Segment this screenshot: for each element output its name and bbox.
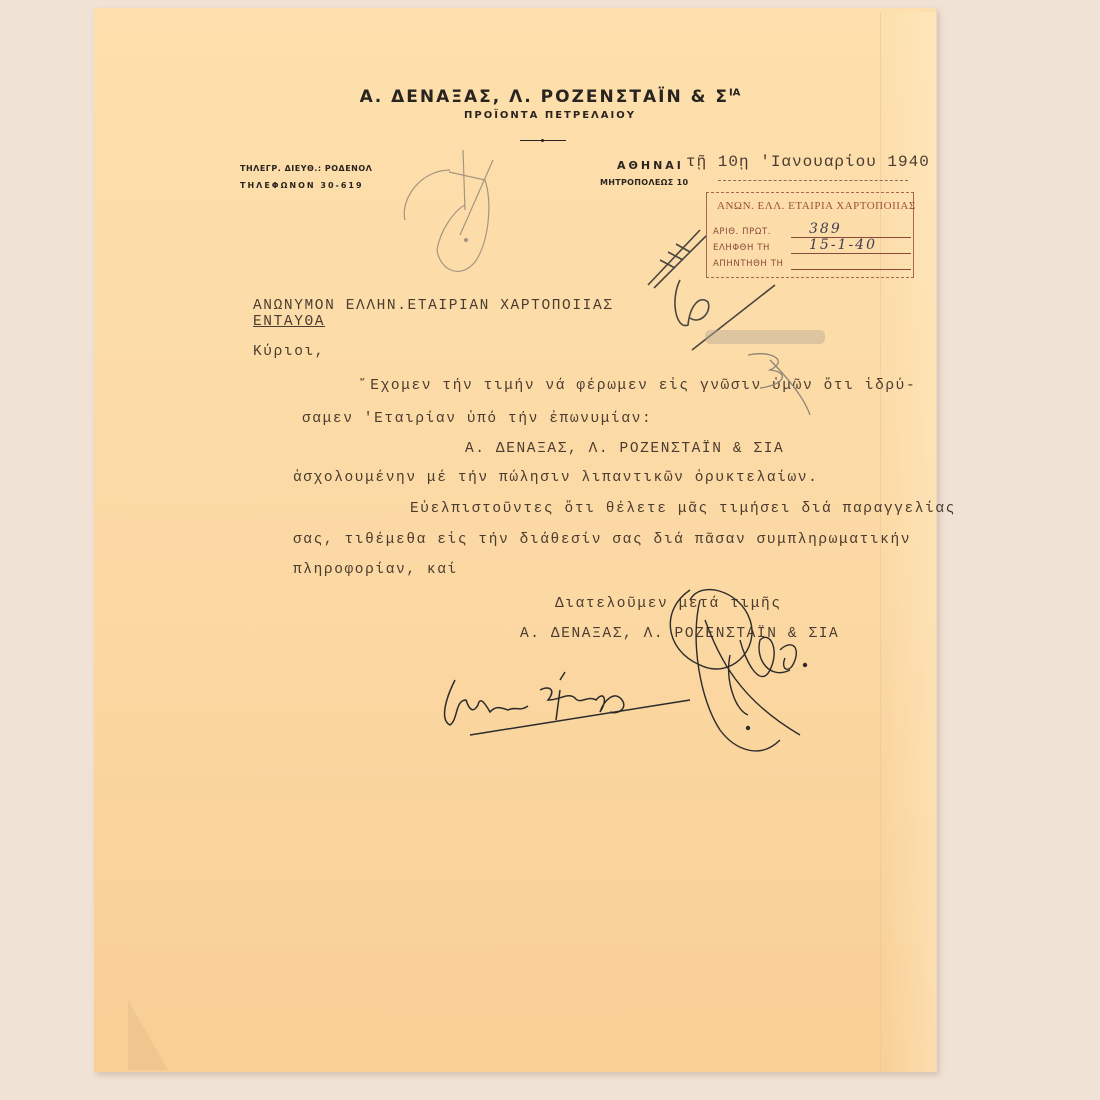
letterhead-subtitle: ΠΡΟΪΟΝΤΑ ΠΕΤΡΕΛΑΙΟΥ xyxy=(0,110,1100,121)
recipient-name: ΑΝΩΝΥΜΟΝ ΕΛΛΗΝ.ΕΤΑΙΡΙΑΝ ΧΑΡΤΟΠΟΙΙΑΣ xyxy=(253,298,614,314)
paper-crease xyxy=(128,1000,168,1070)
body-paragraph-2-line-3: πληροφορίαν, καί xyxy=(293,562,458,578)
body-paragraph-1-line-1: ῎Εχομεν τήν τιμήν νά φέρωμεν εἰς γνῶσιν … xyxy=(360,378,916,394)
stamp-row-label: ΑΠΗΝΤΗΘΗ ΤΗ xyxy=(713,259,784,269)
body-firm-name: Α. ΔΕΝΑΞΑΣ, Λ. ΡΟΖΕΝΣΤΑΪΝ & ΣΙΑ xyxy=(465,441,784,457)
stamp-row-received-date: ΕΛΗΦΘΗ ΤΗ 15-1-40 xyxy=(713,243,770,253)
telegraph-address: ΤΗΛΕΓΡ. ΔΙΕΥΘ.: ΡΟΔΕΝΟΛ xyxy=(240,164,372,173)
letterhead-city: ΑΘΗΝΑΙ xyxy=(617,159,684,172)
closing-signatory: Α. ΔΕΝΑΞΑΣ, Λ. ΡΟΖΕΝΣΤΑΪΝ & ΣΙΑ xyxy=(520,626,839,642)
stamp-fill-line xyxy=(791,253,911,254)
letter-date: τῇ 10ῃ 'Ιανουαρίου 1940 xyxy=(686,153,930,171)
body-paragraph-1-line-2: σαμεν 'Εταιρίαν ὑπό τήν ἐπωνυμίαν: xyxy=(302,411,652,427)
received-stamp: ΑΝΩΝ. ΕΛΛ. ΕΤΑΙΡΙΑ ΧΑΡΤΟΠΟΙΙΑΣ ΑΡΙΘ. ΠΡΩ… xyxy=(706,192,914,278)
salutation: Κύριοι, xyxy=(253,344,325,360)
recipient-location: ΕΝΤΑΥΘΑ xyxy=(253,314,325,330)
company-name-superscript: ΙΑ xyxy=(729,87,740,98)
stamp-row-label: ΑΡΙΘ. ΠΡΩΤ. xyxy=(713,227,771,237)
stamp-title: ΑΝΩΝ. ΕΛΛ. ΕΤΑΙΡΙΑ ΧΑΡΤΟΠΟΙΙΑΣ xyxy=(717,200,916,212)
stamp-handwritten-value: 15-1-40 xyxy=(809,237,877,253)
stamp-fill-line xyxy=(791,269,911,270)
letterhead-street: ΜΗΤΡΟΠΟΛΕΩΣ 10 xyxy=(600,178,688,187)
body-paragraph-2-line-1: Εὐελπιστοῦντες ὅτι θέλετε μᾶς τιμήσει δι… xyxy=(410,501,956,517)
stamp-row-protocol-number: ΑΡΙΘ. ΠΡΩΤ. 389 xyxy=(713,227,771,237)
stamp-row-label: ΕΛΗΦΘΗ ΤΗ xyxy=(713,243,770,253)
body-paragraph-2-line-2: σας, τιθέμεθα εἰς τήν διάθεσίν σας διά π… xyxy=(293,532,911,548)
body-paragraph-1-line-3: ἀσχολουμένην μέ τήν πώλησιν λιπαντικῶν ὀ… xyxy=(293,470,818,486)
telephone-number: ΤΗΛΕΦΩΝΟΝ 30-619 xyxy=(240,181,364,190)
letterhead-ornament-rule xyxy=(520,140,566,141)
stamp-handwritten-value: 389 xyxy=(809,221,842,237)
date-underline xyxy=(718,180,908,182)
closing-phrase: Διατελοῦμεν μετά τιμῆς xyxy=(555,596,782,612)
stamp-row-answered-date: ΑΠΗΝΤΗΘΗ ΤΗ xyxy=(713,259,784,269)
letterhead-company-name: Α. ΔΕΝΑΞΑΣ, Λ. ΡΟΖΕΝΣΤΑΪΝ & ΣΙΑ xyxy=(0,87,1100,107)
